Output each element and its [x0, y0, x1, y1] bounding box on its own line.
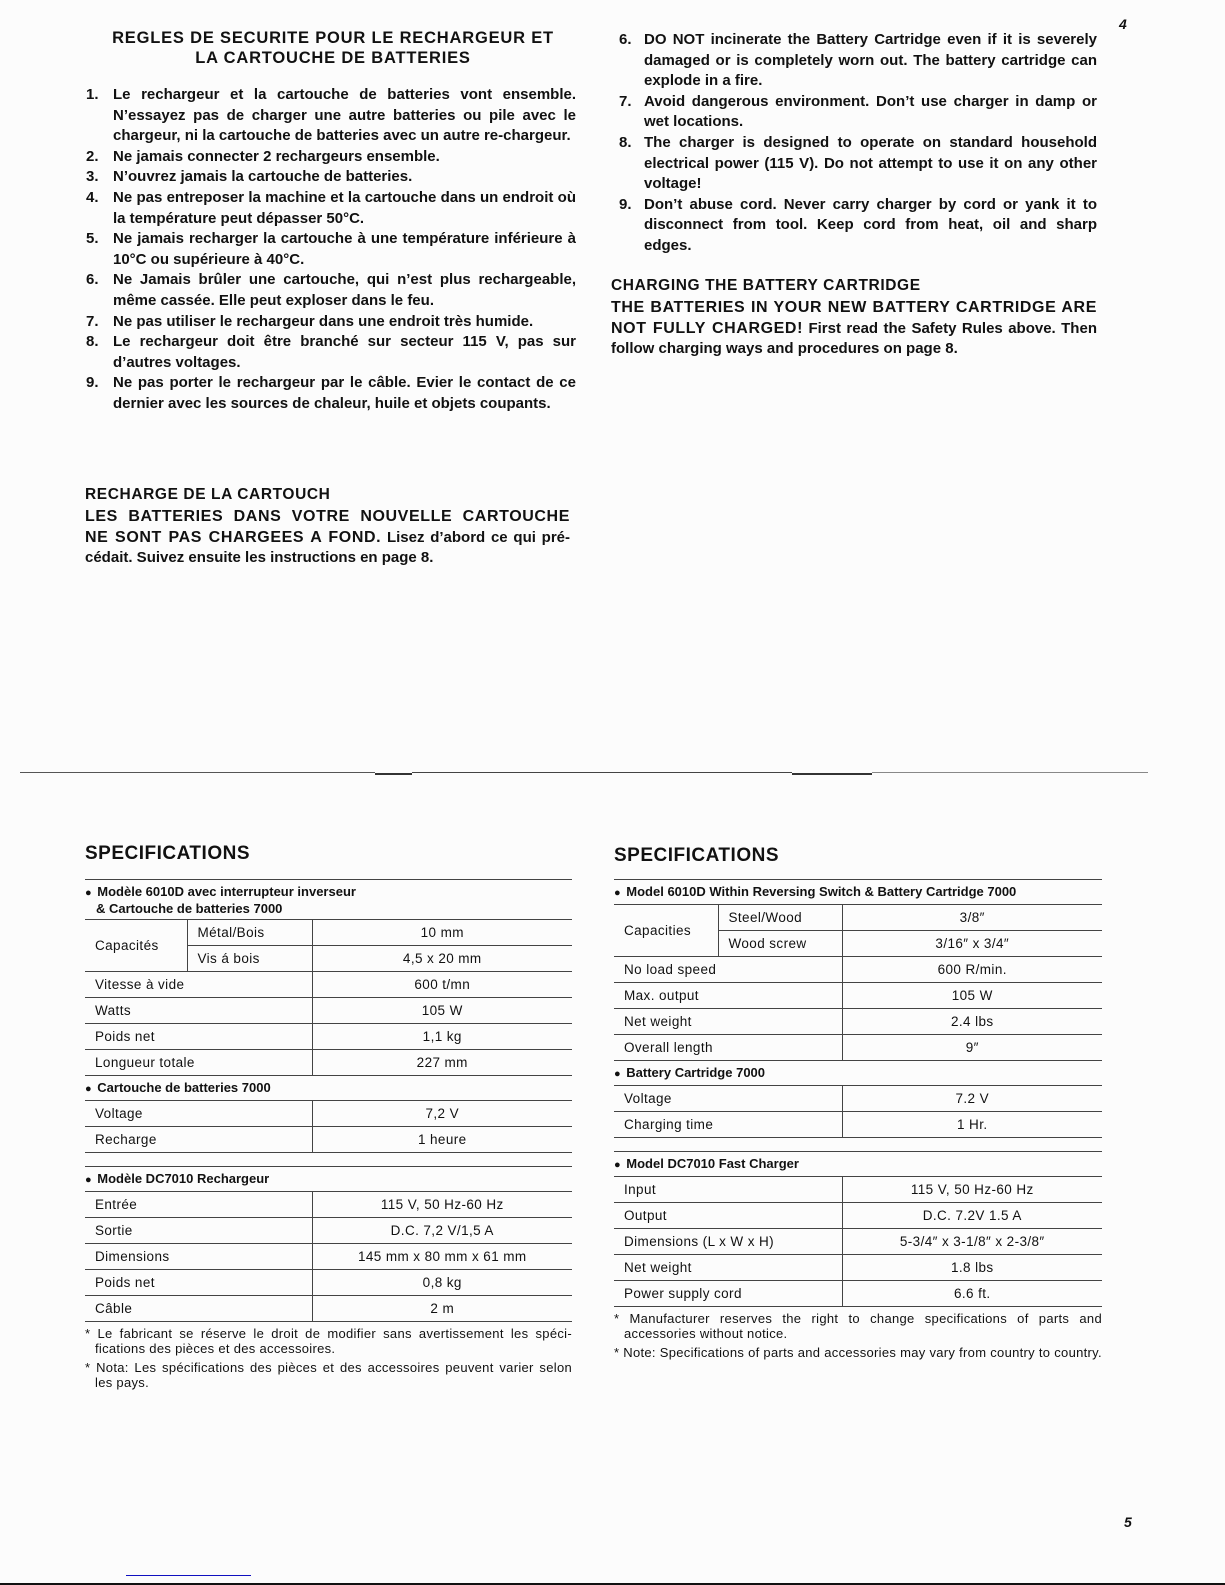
spec-sublabel: Wood screw	[718, 931, 842, 957]
spec-value: 145 mm x 80 mm x 61 mm	[312, 1244, 572, 1270]
rule-item: 7.Ne pas utiliser le rechargeur dans une…	[86, 312, 576, 333]
spec-label: Poids net	[85, 1270, 312, 1296]
rule-item: 9.Don’t abuse cord. Never carry charger …	[619, 195, 1097, 257]
french-spec-group-battery: ● Cartouche de batteries 7000	[85, 1076, 572, 1100]
spec-row: Dimensions145 mm x 80 mm x 61 mm	[85, 1244, 572, 1270]
spec-value: 7,2 V	[312, 1101, 572, 1127]
spec-row: Câble2 m	[85, 1296, 572, 1322]
spec-label: Overall length	[614, 1035, 842, 1061]
english-charging-body: THE BATTERIES IN YOUR NEW BATTERY CARTRI…	[611, 298, 1097, 360]
spec-value: 115 V, 50 Hz-60 Hz	[842, 1177, 1102, 1203]
group-head: Model DC7010 Fast Charger	[626, 1156, 799, 1171]
spec-label: Câble	[85, 1296, 312, 1322]
spec-sublabel: Métal/Bois	[187, 920, 312, 946]
rule-number: 4.	[86, 188, 99, 209]
rule-number: 2.	[86, 147, 99, 168]
footnote: * Manufacturer reserves the right to cha…	[614, 1311, 1102, 1341]
french-spec-table-charger: Entrée115 V, 50 Hz-60 HzSortieD.C. 7,2 V…	[85, 1191, 572, 1322]
rule-text: Ne pas entreposer la machine et la carto…	[113, 189, 576, 227]
spec-value: 1 heure	[312, 1127, 572, 1153]
spec-label: Longueur totale	[85, 1050, 312, 1076]
spec-label: Charging time	[614, 1112, 842, 1138]
spec-label: Voltage	[614, 1086, 842, 1112]
rule-text: Avoid dangerous environment. Don’t use c…	[644, 93, 1097, 131]
group-head: Cartouche de batteries 7000	[97, 1080, 270, 1095]
spec-row: Overall length9″	[614, 1035, 1102, 1061]
french-rules-title: REGLES DE SECURITE POUR LE RECHARGEUR ET…	[90, 28, 576, 68]
french-spec-group-charger: ● Modèle DC7010 Rechargeur	[85, 1167, 572, 1191]
group-head: Model 6010D Within Reversing Switch & Ba…	[626, 884, 1016, 899]
english-spec-title: SPECIFICATIONS	[614, 845, 1102, 867]
spec-value: 2.4 lbs	[842, 1009, 1102, 1035]
spec-value: 1.8 lbs	[842, 1255, 1102, 1281]
english-safety-rules: 6.DO NOT incinerate the Battery Cartridg…	[619, 30, 1097, 257]
spec-row: Voltage7,2 V	[85, 1101, 572, 1127]
french-rules-title-line1: REGLES DE SECURITE POUR LE RECHARGEUR ET	[90, 28, 576, 48]
rule-text: Ne pas porter le rechargeur par le câble…	[113, 374, 576, 412]
spec-row: Entrée115 V, 50 Hz-60 Hz	[85, 1192, 572, 1218]
spec-value: 9″	[842, 1035, 1102, 1061]
spec-value: 600 t/mn	[312, 972, 572, 998]
rule-item: 6.DO NOT incinerate the Battery Cartridg…	[619, 30, 1097, 92]
spec-row: Max. output105 W	[614, 983, 1102, 1009]
english-rules-list: 6.DO NOT incinerate the Battery Cartridg…	[619, 30, 1097, 257]
bullet-icon: ●	[85, 1174, 92, 1186]
rule-number: 9.	[86, 373, 99, 394]
bullet-icon: ●	[614, 1068, 621, 1080]
spec-row: Power supply cord6.6 ft.	[614, 1281, 1102, 1307]
bullet-icon: ●	[85, 1083, 92, 1095]
spec-value: 600 R/min.	[842, 957, 1102, 983]
french-spec-title: SPECIFICATIONS	[85, 843, 572, 865]
french-specifications: SPECIFICATIONS ● Modèle 6010D avec inter…	[85, 843, 572, 1390]
footnote: * Note: Specifications of parts and acce…	[614, 1345, 1102, 1360]
spec-value: 3/16″ x 3/4″	[842, 931, 1102, 957]
french-spec-group-drill: ● Modèle 6010D avec interrupteur inverse…	[85, 880, 572, 919]
bullet-icon: ●	[85, 887, 92, 899]
spec-row: OutputD.C. 7.2V 1.5 A	[614, 1203, 1102, 1229]
french-spec-table-drill: CapacitésMétal/Bois10 mmVis á bois4,5 x …	[85, 919, 572, 1076]
spec-value: 0,8 kg	[312, 1270, 572, 1296]
spec-value: 2 m	[312, 1296, 572, 1322]
spec-row: Net weight2.4 lbs	[614, 1009, 1102, 1035]
rule-text: Ne jamais recharger la cartouche à une t…	[113, 230, 576, 268]
spec-label: No load speed	[614, 957, 842, 983]
rule-text: Ne jamais connecter 2 rechargeurs ensemb…	[113, 148, 440, 165]
spec-row: Watts105 W	[85, 998, 572, 1024]
spec-row: No load speed600 R/min.	[614, 957, 1102, 983]
spec-value: 10 mm	[312, 920, 572, 946]
spec-label: Dimensions	[85, 1244, 312, 1270]
french-rules-list: 1.Le rechargeur et la cartouche de batte…	[86, 85, 576, 415]
french-charging-body: LES BATTERIES DANS VOTRE NOUVELLE CARTOU…	[85, 507, 570, 569]
spec-row: Vitesse à vide600 t/mn	[85, 972, 572, 998]
rule-number: 7.	[86, 312, 99, 333]
english-spec-table-battery: Voltage7.2 VCharging time1 Hr.	[614, 1085, 1102, 1138]
rule-item: 6.Ne Jamais brûler une cartouche, qui n’…	[86, 270, 576, 311]
english-charging-section: CHARGING THE BATTERY CARTRIDGE THE BATTE…	[611, 276, 1097, 360]
english-spec-group-battery: ● Battery Cartridge 7000	[614, 1061, 1102, 1085]
footnote: * Nota: Les spécifications des pièces et…	[85, 1360, 572, 1390]
rule-text: Ne Jamais brûler une cartouche, qui n’es…	[113, 271, 576, 309]
rule-text: Don’t abuse cord. Never carry charger by…	[644, 196, 1097, 254]
spec-label: Capacités	[85, 920, 187, 972]
spec-row: Dimensions (L x W x H)5-3/4″ x 3-1/8″ x …	[614, 1229, 1102, 1255]
spec-sublabel: Vis á bois	[187, 946, 312, 972]
rule-item: 5.Ne jamais recharger la cartouche à une…	[86, 229, 576, 270]
rule-item: 3.N’ouvrez jamais la cartouche de batter…	[86, 167, 576, 188]
spec-row: Net weight1.8 lbs	[614, 1255, 1102, 1281]
spec-value: 6.6 ft.	[842, 1281, 1102, 1307]
english-spec-table-charger: Input115 V, 50 Hz-60 HzOutputD.C. 7.2V 1…	[614, 1176, 1102, 1307]
spec-value: 4,5 x 20 mm	[312, 946, 572, 972]
spec-label: Input	[614, 1177, 842, 1203]
rule-number: 9.	[619, 195, 632, 216]
rule-number: 5.	[86, 229, 99, 250]
rule-item: 9.Ne pas porter le rechargeur par le câb…	[86, 373, 576, 414]
spec-value: 115 V, 50 Hz-60 Hz	[312, 1192, 572, 1218]
rule-number: 3.	[86, 167, 99, 188]
spec-value: 1 Hr.	[842, 1112, 1102, 1138]
bullet-icon: ●	[614, 1159, 621, 1171]
spec-row: Longueur totale227 mm	[85, 1050, 572, 1076]
spec-value: 105 W	[312, 998, 572, 1024]
bullet-icon: ●	[614, 887, 621, 899]
rule-number: 7.	[619, 92, 632, 113]
spec-sublabel: Steel/Wood	[718, 905, 842, 931]
rule-item: 1.Le rechargeur et la cartouche de batte…	[86, 85, 576, 147]
spec-label: Output	[614, 1203, 842, 1229]
spec-row: SortieD.C. 7,2 V/1,5 A	[85, 1218, 572, 1244]
french-spec-table-battery: Voltage7,2 VRecharge1 heure	[85, 1100, 572, 1153]
page-divider	[20, 772, 1148, 774]
rule-number: 6.	[86, 270, 99, 291]
spec-row: Poids net0,8 kg	[85, 1270, 572, 1296]
rule-number: 1.	[86, 85, 99, 106]
french-safety-rules: REGLES DE SECURITE POUR LE RECHARGEUR ET…	[86, 28, 576, 415]
group-head: Battery Cartridge 7000	[626, 1065, 765, 1080]
rule-text: The charger is designed to operate on st…	[644, 134, 1097, 192]
spec-label: Max. output	[614, 983, 842, 1009]
spec-value: D.C. 7,2 V/1,5 A	[312, 1218, 572, 1244]
rule-text: N’ouvrez jamais la cartouche de batterie…	[113, 168, 412, 185]
page-number-top: 4	[1119, 16, 1127, 32]
spec-label: Sortie	[85, 1218, 312, 1244]
french-footnotes: * Le fabricant se réserve le droit de mo…	[85, 1326, 572, 1390]
spec-label: Net weight	[614, 1255, 842, 1281]
spec-row: Voltage7.2 V	[614, 1086, 1102, 1112]
spec-label: Entrée	[85, 1192, 312, 1218]
spec-value: 105 W	[842, 983, 1102, 1009]
spec-value: 227 mm	[312, 1050, 572, 1076]
footnote: * Le fabricant se réserve le droit de mo…	[85, 1326, 572, 1356]
spec-label: Power supply cord	[614, 1281, 842, 1307]
english-footnotes: * Manufacturer reserves the right to cha…	[614, 1311, 1102, 1360]
spec-label: Vitesse à vide	[85, 972, 312, 998]
scan-link-underline	[126, 1575, 251, 1576]
spec-row: Recharge1 heure	[85, 1127, 572, 1153]
rule-item: 7.Avoid dangerous environment. Don’t use…	[619, 92, 1097, 133]
english-charging-title: CHARGING THE BATTERY CARTRIDGE	[611, 276, 1097, 296]
spec-label: Recharge	[85, 1127, 312, 1153]
spec-label: Poids net	[85, 1024, 312, 1050]
spec-row: Input115 V, 50 Hz-60 Hz	[614, 1177, 1102, 1203]
rule-number: 6.	[619, 30, 632, 51]
rule-item: 8.The charger is designed to operate on …	[619, 133, 1097, 195]
spec-label: Voltage	[85, 1101, 312, 1127]
spec-row: Charging time1 Hr.	[614, 1112, 1102, 1138]
rule-text: DO NOT incinerate the Battery Cartridge …	[644, 31, 1097, 89]
spec-value: 7.2 V	[842, 1086, 1102, 1112]
spec-row: CapacitésMétal/Bois10 mm	[85, 920, 572, 946]
rule-text: Le rechargeur doit être branché sur sect…	[113, 333, 576, 371]
spec-value: 3/8″	[842, 905, 1102, 931]
group-head: Modèle DC7010 Rechargeur	[97, 1171, 269, 1186]
group-head-line1: Modèle 6010D avec interrupteur inverseur	[97, 884, 356, 899]
rule-item: 2.Ne jamais connecter 2 rechargeurs ense…	[86, 147, 576, 168]
spec-label: Watts	[85, 998, 312, 1024]
english-spec-group-drill: ● Model 6010D Within Reversing Switch & …	[614, 880, 1102, 904]
spec-value: 1,1 kg	[312, 1024, 572, 1050]
rule-item: 8.Le rechargeur doit être branché sur se…	[86, 332, 576, 373]
french-charging-title: RECHARGE DE LA CARTOUCH	[85, 485, 570, 505]
group-head-line2: & Cartouche de batteries 7000	[85, 901, 572, 916]
page-number-bottom: 5	[1124, 1514, 1132, 1530]
english-spec-group-charger: ● Model DC7010 Fast Charger	[614, 1152, 1102, 1176]
rule-item: 4.Ne pas entreposer la machine et la car…	[86, 188, 576, 229]
french-rules-title-line2: LA CARTOUCHE DE BATTERIES	[90, 48, 576, 68]
english-specifications: SPECIFICATIONS ● Model 6010D Within Reve…	[614, 845, 1102, 1360]
spec-row: CapacitiesSteel/Wood3/8″	[614, 905, 1102, 931]
spec-value: 5-3/4″ x 3-1/8″ x 2-3/8″	[842, 1229, 1102, 1255]
rule-text: Le rechargeur et la cartouche de batteri…	[113, 86, 576, 144]
spec-row: Poids net1,1 kg	[85, 1024, 572, 1050]
rule-text: Ne pas utiliser le rechargeur dans une e…	[113, 313, 533, 330]
spec-label: Dimensions (L x W x H)	[614, 1229, 842, 1255]
spec-label: Capacities	[614, 905, 718, 957]
english-spec-table-drill: CapacitiesSteel/Wood3/8″Wood screw3/16″ …	[614, 904, 1102, 1061]
french-charging-section: RECHARGE DE LA CARTOUCH LES BATTERIES DA…	[85, 485, 570, 569]
rule-number: 8.	[86, 332, 99, 353]
rule-number: 8.	[619, 133, 632, 154]
spec-label: Net weight	[614, 1009, 842, 1035]
spec-value: D.C. 7.2V 1.5 A	[842, 1203, 1102, 1229]
